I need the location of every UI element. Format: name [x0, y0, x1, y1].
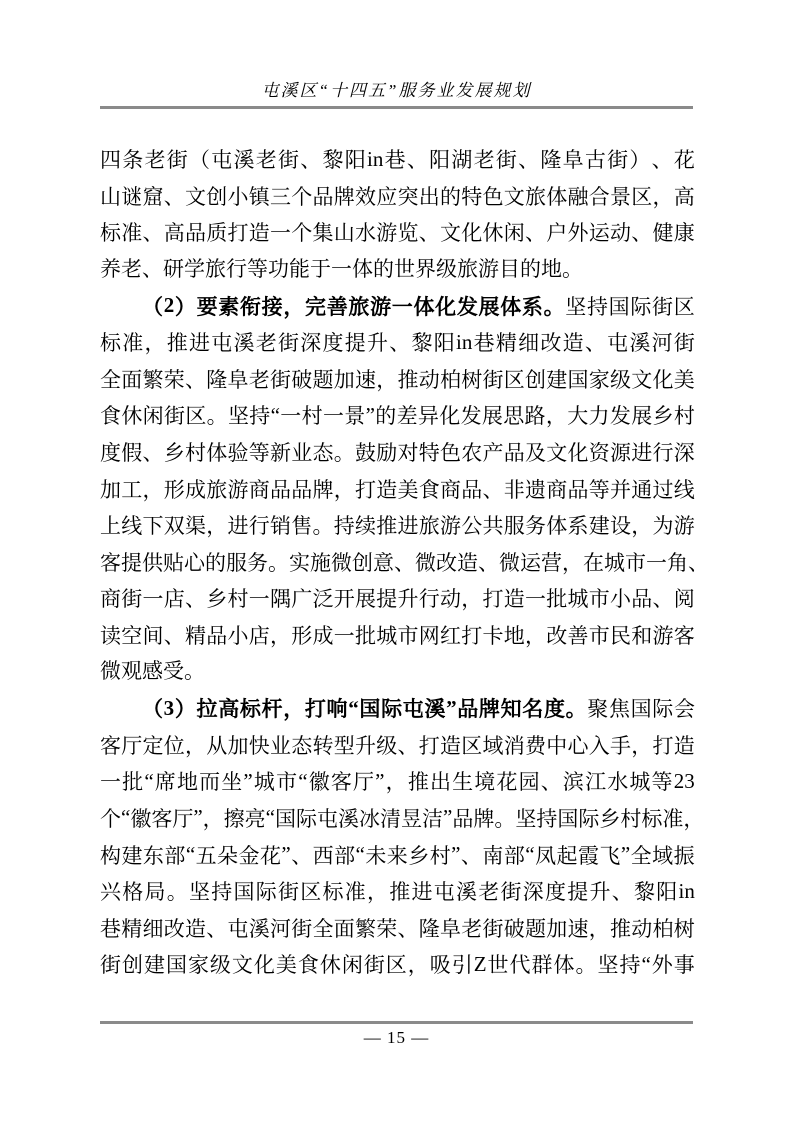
body-text: 品: [206, 620, 227, 650]
body-text: 运: [589, 217, 610, 247]
body-text: 化: [439, 400, 460, 430]
body-text: 际: [652, 693, 673, 723]
body-text: 打: [483, 583, 504, 613]
body-text: 形: [291, 620, 312, 650]
body-text: 级: [610, 364, 631, 394]
body-text: 席: [155, 766, 176, 796]
bold-lead-text: 名: [522, 693, 543, 723]
body-text: 创: [122, 949, 143, 979]
body-text: 品: [631, 583, 652, 613]
text-line: 上线下双渠，进行销售。持续推进旅游公共服务体系建设，为游: [100, 507, 695, 544]
body-text: 溪: [234, 327, 255, 357]
body-text: ，: [270, 620, 291, 650]
body-text: 细: [143, 913, 164, 943]
body-text: 质: [206, 217, 227, 247]
bold-lead-text: ，: [283, 291, 304, 321]
body-text: 的: [205, 547, 226, 577]
body-text: 焦: [609, 693, 630, 723]
body-text: 部: [504, 840, 525, 870]
body-text: 文: [631, 364, 652, 394]
text-line: 加工，形成旅游商品品牌，打造美食商品、非遗商品等并通过线: [100, 470, 695, 507]
body-text: 阜: [440, 913, 461, 943]
body-text: 打: [653, 730, 674, 760]
body-text: 线: [674, 474, 695, 504]
text-line: 构建东部“五朵金花”、西部“未来乡村”、南部“凤起霞飞”全域振: [100, 836, 695, 873]
body-text: 街: [278, 876, 299, 906]
body-text: 乡: [599, 803, 620, 833]
body-text: 体: [546, 181, 567, 211]
body-text: 清: [380, 803, 401, 833]
body-text: 外: [568, 217, 589, 247]
bold-lead-text: 要: [197, 291, 218, 321]
bold-lead-text: 2: [164, 293, 175, 318]
body-text: 境: [474, 766, 495, 796]
bold-lead-text: 度: [544, 693, 565, 723]
body-text: 荣: [376, 913, 397, 943]
body-text: 应: [376, 181, 397, 211]
body-text: 区: [185, 400, 206, 430]
body-text: 起: [557, 840, 578, 870]
body-text: 民: [610, 620, 631, 650]
bold-lead-text: 杆: [262, 693, 283, 723]
body-text: 部: [164, 840, 185, 870]
body-text: 销: [270, 510, 291, 540]
bold-lead-text: 发: [457, 291, 478, 321]
body-text: 街: [483, 913, 504, 943]
body-text: 善: [568, 620, 589, 650]
body-text: 及: [525, 437, 546, 467]
body-text: 区: [631, 181, 652, 211]
body-text: 读: [100, 620, 121, 650]
body-text: 品: [270, 474, 291, 504]
body-text: 隆: [419, 913, 440, 943]
body-text: 实: [289, 547, 310, 577]
bold-lead-text: （: [142, 291, 163, 321]
body-text: 效: [355, 181, 376, 211]
body-text: 街: [278, 327, 299, 357]
body-text: 态: [291, 730, 312, 760]
body-text: 食: [298, 949, 319, 979]
bold-lead-text: 体: [413, 291, 434, 321]
body-text: 城: [629, 766, 650, 796]
body-text: 溪: [234, 144, 255, 174]
body-text: ，: [367, 876, 388, 906]
body-text: 、: [688, 547, 709, 577]
bold-lead-text: 溪: [424, 693, 445, 723]
body-text: 加: [100, 474, 121, 504]
body-text: 国: [631, 693, 652, 723]
body-text: 休: [483, 217, 504, 247]
body-text: 。: [575, 949, 596, 979]
bold-lead-text: 善: [327, 291, 348, 321]
body-text: 休: [121, 400, 142, 430]
body-text: 、: [143, 437, 164, 467]
body-text: 共: [483, 510, 504, 540]
body-text: 行: [653, 437, 674, 467]
body-text: 资: [589, 437, 610, 467]
text-line: 读空间、精品小店，形成一批城市网红打卡地，改善市民和游客: [100, 617, 695, 654]
body-text: 的: [440, 181, 461, 211]
body-text: 际: [296, 803, 317, 833]
body-text: 准: [662, 803, 683, 833]
body-text: ，: [631, 510, 652, 540]
body-text: 三: [270, 181, 291, 211]
bold-lead-text: 游: [370, 291, 391, 321]
body-text: ”: [243, 769, 252, 794]
body-text: 大: [567, 400, 588, 430]
body-text: 一: [143, 583, 164, 613]
body-text: 外: [652, 949, 673, 979]
body-text: 为: [653, 510, 674, 540]
text-line: 食休闲街区。坚持“一村一景”的差异化发展思路，大力发展乡村: [100, 397, 695, 434]
body-text: 老: [256, 327, 277, 357]
body-text: 村: [302, 400, 323, 430]
body-text: 破: [504, 913, 525, 943]
body-text: 持: [211, 876, 232, 906]
body-text: 级: [376, 730, 397, 760]
body-text: 一: [270, 217, 291, 247]
body-text: 营: [541, 547, 562, 577]
body-text: 亮: [245, 803, 266, 833]
body-text: 街: [278, 144, 299, 174]
body-text: 际: [578, 803, 599, 833]
body-text: 闲: [504, 217, 525, 247]
body-text: ，: [562, 547, 583, 577]
body-text: 兴: [100, 876, 121, 906]
body-text: 造: [185, 913, 206, 943]
body-text: 卡: [483, 620, 504, 650]
body-text: 化: [653, 364, 674, 394]
body-text: 品: [291, 474, 312, 504]
body-text: 异: [418, 400, 439, 430]
body-text: 河: [270, 913, 291, 943]
body-text: 破: [291, 364, 312, 394]
body-text: 造: [249, 217, 270, 247]
body-text: 食: [419, 474, 440, 504]
body-text: 、: [394, 547, 415, 577]
body-text: 家: [589, 364, 610, 394]
body-text: 景: [610, 181, 631, 211]
body-text: 村: [185, 437, 206, 467]
body-text: 融: [568, 181, 589, 211]
body-text: 标: [641, 803, 662, 833]
body-text: 打: [419, 730, 440, 760]
body-text: 阳: [434, 327, 455, 357]
body-text: 阜: [228, 364, 249, 394]
text-line: （2）要素衔接，完善旅游一体化发展体系。坚持国际街区: [100, 287, 695, 324]
body-text: 进: [631, 437, 652, 467]
paragraph-1: 四条老街（屯溪老街、黎阳in巷、阳湖老街、隆阜古街）、花山谜窟、文创小镇三个品牌…: [100, 141, 695, 287]
text-line: 养老、研学旅行等功能于一体的世界级旅游目的地。: [100, 251, 695, 288]
body-text: ”: [193, 805, 202, 830]
body-text: 加: [334, 364, 355, 394]
body-text: 朵: [217, 840, 238, 870]
body-text: 世: [488, 949, 509, 979]
bold-lead-text: 体: [500, 291, 521, 321]
body-text: 态: [313, 437, 334, 467]
body-text: 游: [653, 620, 674, 650]
bold-lead-text: 。: [566, 693, 587, 723]
body-text: 升: [590, 876, 611, 906]
body-text: 巷: [385, 144, 406, 174]
body-text: 中: [546, 730, 567, 760]
body-text: 江: [585, 766, 606, 796]
body-text: 区: [674, 291, 695, 321]
body-text: 验: [228, 437, 249, 467]
body-text: 一: [100, 766, 121, 796]
body-text: 坚: [565, 291, 586, 321]
body-text: 乡: [408, 840, 429, 870]
body-text: 旅: [419, 510, 440, 540]
body-text: 深: [300, 327, 321, 357]
body-text: 、: [585, 327, 606, 357]
body-text: 创: [352, 547, 373, 577]
body-text: ，: [653, 181, 674, 211]
body-text: 务: [247, 547, 268, 577]
body-text: 售: [291, 510, 312, 540]
body-text: 提: [376, 583, 397, 613]
body-text: 推: [398, 364, 419, 394]
body-text: 特: [461, 181, 482, 211]
body-text: 引: [452, 949, 473, 979]
body-text: 老: [249, 364, 270, 394]
body-text: 园: [519, 766, 540, 796]
body-text: 牌: [473, 803, 494, 833]
body-text: 快: [249, 730, 270, 760]
body-text: 非: [504, 474, 525, 504]
body-text: 级: [210, 949, 231, 979]
body-text: 景: [344, 400, 365, 430]
body-text: 推: [389, 876, 410, 906]
body-text: 国: [568, 364, 589, 394]
body-text: 文: [440, 217, 461, 247]
body-text: 品: [504, 437, 525, 467]
bold-lead-text: 知: [501, 693, 522, 723]
bold-lead-text: ）: [175, 693, 196, 723]
body-text: 休: [320, 949, 341, 979]
body-text: 持: [619, 949, 640, 979]
body-text: 改: [540, 327, 561, 357]
body-text: 动: [440, 583, 461, 613]
body-text: ，: [386, 766, 407, 796]
body-text: 深: [674, 437, 695, 467]
body-text: 金: [239, 840, 260, 870]
bold-lead-text: 衔: [240, 291, 261, 321]
body-text: 黎: [634, 876, 655, 906]
body-text: 繁: [355, 913, 376, 943]
body-text: 花: [260, 840, 281, 870]
body-text: 五: [196, 840, 217, 870]
body-text: 街: [167, 144, 188, 174]
body-text: ，: [334, 474, 355, 504]
body-text: 客: [100, 547, 121, 577]
body-text: 镇: [249, 181, 270, 211]
body-text: 群: [532, 949, 553, 979]
body-text: 一: [525, 583, 546, 613]
body-text: 村: [620, 803, 641, 833]
body-text: 小: [610, 583, 631, 613]
body-text: 阳: [656, 876, 677, 906]
body-text: 坚: [228, 400, 249, 430]
body-text: 坚: [189, 876, 210, 906]
bold-lead-text: 标: [240, 693, 261, 723]
body-text: 公: [461, 510, 482, 540]
body-text: 振: [674, 840, 695, 870]
body-text: 小: [228, 620, 249, 650]
body-text: ，: [408, 949, 429, 979]
body-text: 食: [100, 400, 121, 430]
body-text: 度: [545, 876, 566, 906]
text-line: 客提供贴心的服务。实施微创意、微改造、微运营，在城市一角、: [100, 544, 695, 581]
body-text: 意: [373, 547, 394, 577]
body-text: 度: [323, 327, 344, 357]
body-text: 行: [249, 510, 270, 540]
body-text: 村: [430, 840, 451, 870]
body-text: Z: [474, 952, 487, 977]
body-text: 成: [185, 474, 206, 504]
body-text: 、: [206, 913, 227, 943]
body-text: 文: [546, 437, 567, 467]
bold-lead-text: 系: [522, 291, 543, 321]
body-text: ，: [203, 803, 224, 833]
body-text: 标: [100, 327, 121, 357]
body-text: 进: [228, 510, 249, 540]
body-text: 徽: [309, 766, 330, 796]
body-text: 打: [461, 620, 482, 650]
body-text: 花: [674, 144, 695, 174]
body-text: 面: [334, 913, 355, 943]
body-text: 城: [604, 547, 625, 577]
body-text: 区: [504, 364, 525, 394]
body-text: 、: [478, 547, 499, 577]
body-text: “: [525, 842, 534, 867]
body-text: 空: [121, 620, 142, 650]
body-text: 局: [145, 876, 166, 906]
body-text: 施: [310, 547, 331, 577]
body-text: 持: [334, 510, 355, 540]
page: 屯溪区“十四五”服务业发展规划 四条老街（屯溪老街、黎阳in巷、阳湖老街、隆阜古…: [0, 0, 793, 1122]
bold-lead-text: “: [348, 696, 359, 721]
body-text: 阳: [429, 144, 450, 174]
body-text: 产: [483, 437, 504, 467]
body-text: 古: [585, 144, 606, 174]
body-text: “: [356, 842, 365, 867]
body-text: 创: [206, 181, 227, 211]
body-text: 阅: [674, 583, 695, 613]
body-text: “: [266, 805, 275, 830]
body-text: 动: [419, 364, 440, 394]
body-text: 谜: [121, 181, 142, 211]
body-text: 市: [398, 620, 419, 650]
body-text: 服: [226, 547, 247, 577]
body-text: 新: [270, 437, 291, 467]
body-text: 色: [483, 181, 504, 211]
body-text: 巷: [474, 327, 495, 357]
body-text: 屯: [317, 803, 338, 833]
body-text: 励: [376, 437, 397, 467]
body-text: 部: [334, 840, 355, 870]
body-text: 下: [143, 510, 164, 540]
body-text: 览: [398, 217, 419, 247]
header-title: 屯溪区“十四五”服务业发展规划: [0, 80, 793, 102]
body-text: 贴: [163, 547, 184, 577]
bold-lead-text: 屯: [403, 693, 424, 723]
body-text: 建: [121, 840, 142, 870]
bold-lead-text: 素: [218, 291, 239, 321]
body-text: 游: [376, 217, 397, 247]
bold-lead-text: 一: [392, 291, 413, 321]
body-text: 屯: [211, 327, 232, 357]
body-text: 线: [121, 510, 142, 540]
body-text: 渠: [185, 510, 206, 540]
body-text: 、: [652, 144, 673, 174]
body-text: 一: [334, 620, 355, 650]
body-text: 细: [518, 327, 539, 357]
body-text: 个: [100, 803, 121, 833]
body-text: 国: [166, 949, 187, 979]
body-text: 路: [525, 400, 546, 430]
body-text: 消: [504, 730, 525, 760]
body-text: 聚: [587, 693, 608, 723]
body-text: 突: [398, 181, 419, 211]
bold-lead-text: 化: [435, 291, 456, 321]
body-text: 遗: [525, 474, 546, 504]
text-line: 标准，推进屯溪老街深度提升、黎阳in巷精细改造、屯溪河街: [100, 324, 695, 361]
body-text: 续: [355, 510, 376, 540]
body-text: 事: [674, 949, 695, 979]
body-text: 上: [100, 510, 121, 540]
body-text: 广: [291, 583, 312, 613]
document-body: 四条老街（屯溪老街、黎阳in巷、阳湖老街、隆阜古街）、花山谜窟、文创小镇三个品牌…: [100, 141, 695, 983]
body-text: 双: [164, 510, 185, 540]
body-text: 升: [367, 327, 388, 357]
text-line: 巷精细改造、屯溪河街全面繁荣、隆阜老街破题加速，推动柏树: [100, 909, 695, 946]
body-text: 造: [457, 547, 478, 577]
body-text: 四: [100, 144, 121, 174]
body-text: 国: [557, 803, 578, 833]
body-text: 西: [313, 840, 334, 870]
body-text: ”: [621, 842, 630, 867]
body-text: 合: [589, 181, 610, 211]
body-text: 游: [440, 510, 461, 540]
body-text: 批: [355, 620, 376, 650]
body-text: 商: [249, 474, 270, 504]
body-text: 来: [387, 840, 408, 870]
text-line: 微观感受。: [100, 653, 695, 690]
body-text: 客: [331, 766, 352, 796]
body-text: 业: [291, 437, 312, 467]
body-text: 市: [589, 620, 610, 650]
body-text: 街: [483, 364, 504, 394]
body-text: 巷: [100, 913, 121, 943]
body-text: 健: [653, 217, 674, 247]
body-text: 。: [167, 876, 188, 906]
body-text: 的: [375, 400, 396, 430]
body-text: 区: [300, 876, 321, 906]
body-text: 转: [313, 730, 334, 760]
body-text: 洁: [422, 803, 443, 833]
body-text: 造: [674, 730, 695, 760]
body-text: 坚: [515, 803, 536, 833]
body-text: 进: [412, 876, 433, 906]
body-text: 未: [365, 840, 386, 870]
body-text: 持: [587, 291, 608, 321]
body-text: 花: [496, 766, 517, 796]
body-text: 农: [461, 437, 482, 467]
body-text: in: [367, 147, 383, 172]
body-text: 、: [291, 840, 312, 870]
body-text: 、: [612, 876, 633, 906]
